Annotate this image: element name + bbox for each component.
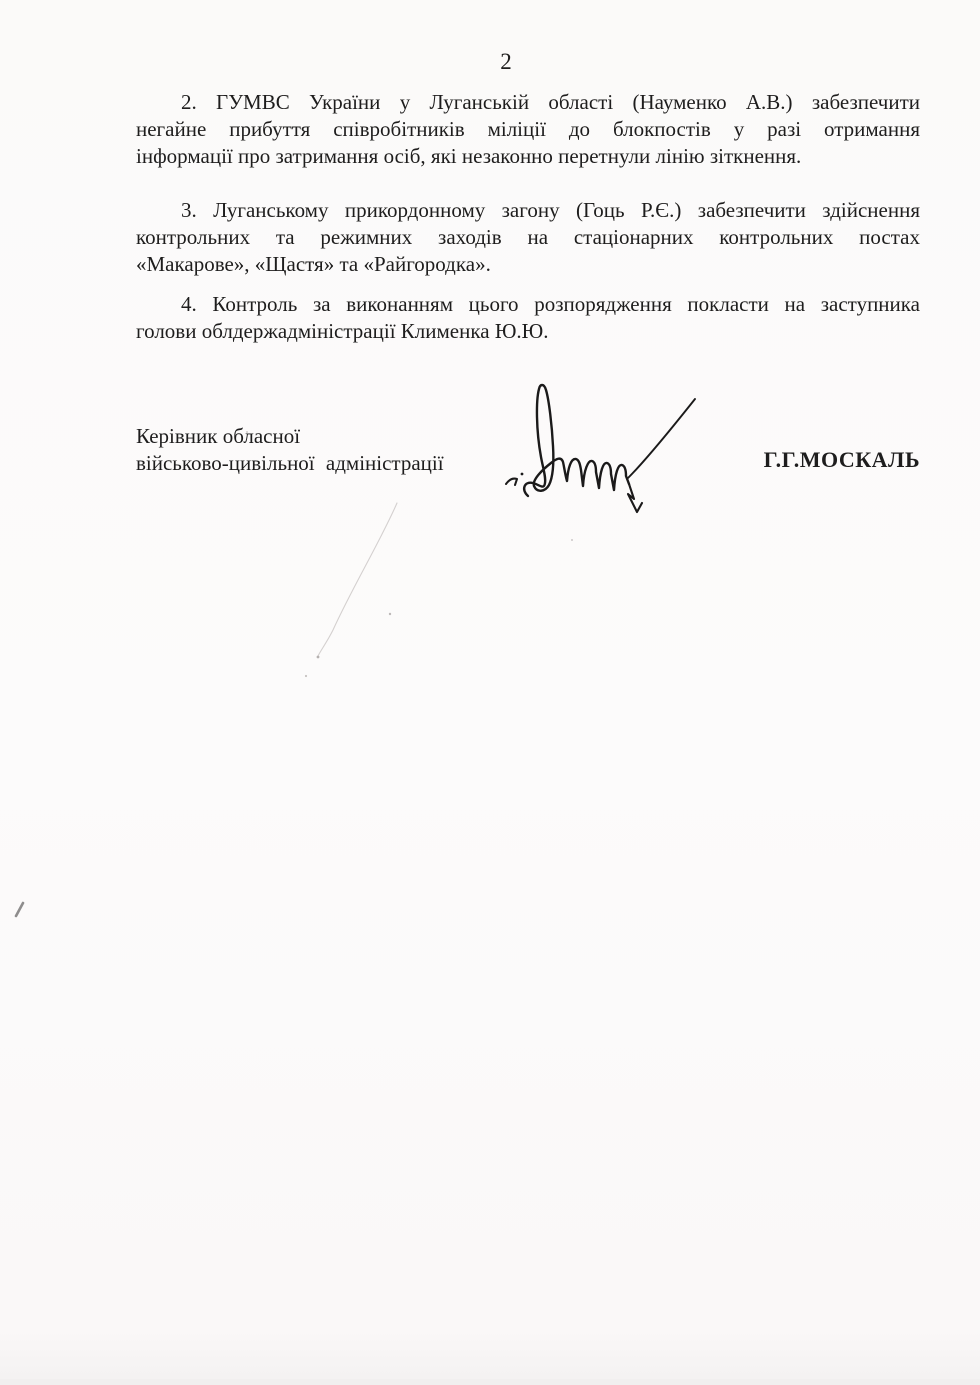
scanned-document-page: 2 2. ГУМВС України у Луганській області … bbox=[0, 0, 980, 1385]
text-line: «Макарове», «Щастя» та «Райгородка». bbox=[136, 251, 920, 278]
text-line: 2. ГУМВС України у Луганській області (Н… bbox=[136, 89, 920, 116]
paragraph-3: 3. Луганському прикордонному загону (Гоц… bbox=[136, 197, 920, 278]
signatory-title-line: військово-цивільної адміністрації bbox=[136, 450, 556, 477]
text-line: 3. Луганському прикордонному загону (Гоц… bbox=[136, 197, 920, 224]
signatory-title: Керівник обласної військово-цивільної ад… bbox=[136, 423, 556, 477]
text-line: негайне прибуття співробітників міліції … bbox=[136, 116, 920, 143]
handwritten-signature-icon bbox=[497, 372, 707, 522]
page-number: 2 bbox=[30, 48, 980, 75]
text-line: контрольних та режимних заходів на стаці… bbox=[136, 224, 920, 251]
text-line: інформації про затримання осіб, які неза… bbox=[136, 143, 920, 170]
paragraph-4: 4. Контроль за виконанням цього розпоряд… bbox=[136, 291, 920, 345]
paragraph-2: 2. ГУМВС України у Луганській області (Н… bbox=[136, 89, 920, 170]
signatory-title-line: Керівник обласної bbox=[136, 423, 556, 450]
signatory-name: Г.Г.МОСКАЛЬ bbox=[764, 446, 920, 473]
text-line: 4. Контроль за виконанням цього розпоряд… bbox=[136, 291, 920, 318]
text-line: голови облдержадміністрації Клименка Ю.Ю… bbox=[136, 318, 920, 345]
